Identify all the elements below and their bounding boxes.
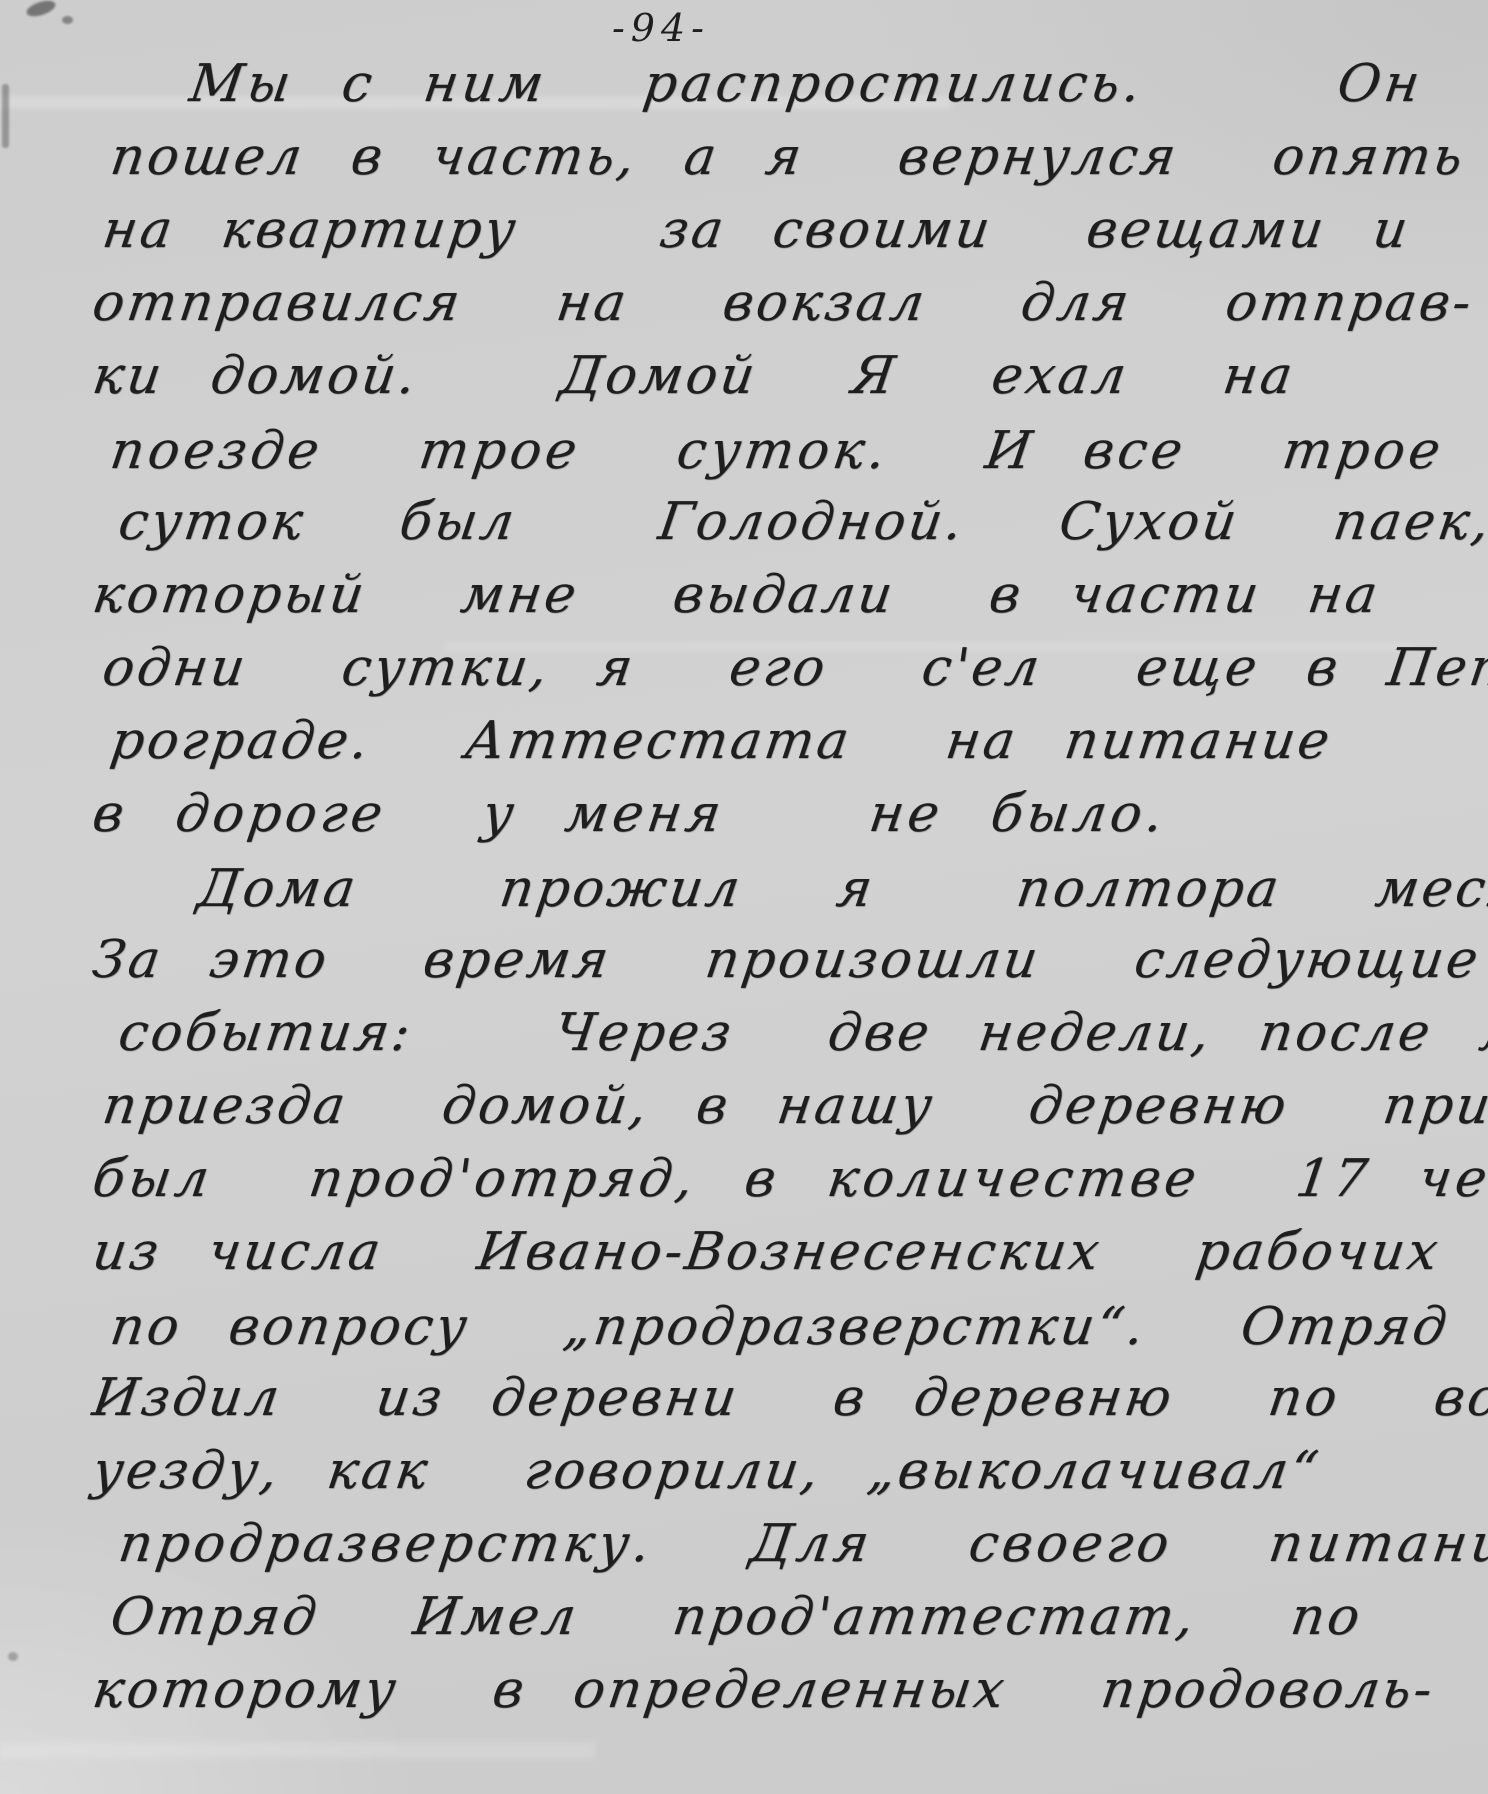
- scan-speck: [8, 1652, 18, 1661]
- scan-streak: [0, 1742, 595, 1758]
- manuscript-line: в дороге у меня не было.: [88, 778, 1482, 851]
- manuscript-text: Мы с ним распростились. Он пошел в часть…: [88, 48, 1472, 1727]
- manuscript-line: За это время произошли следующие: [88, 924, 1482, 997]
- manuscript-line: пошел в часть, а я вернулся опять: [106, 121, 1482, 194]
- manuscript-line: Издил из деревни в деревню по всему: [88, 1362, 1482, 1435]
- manuscript-line: приезда домой, в нашу деревню при-: [98, 1070, 1482, 1143]
- manuscript-line: отправился на вокзал для отправ-: [88, 267, 1482, 340]
- manuscript-line: на квартиру за своими вещами и: [98, 194, 1482, 267]
- manuscript-line: по вопросу „продразверстки“. Отряд: [106, 1291, 1482, 1364]
- manuscript-line: суток был Голодной. Сухой паек,: [114, 486, 1482, 559]
- manuscript-line: поезде трое суток. И все трое: [106, 415, 1482, 488]
- manuscript-line: ки домой. Домой Я ехал на: [88, 340, 1482, 413]
- scan-speck: [25, 0, 58, 19]
- scan-speck: [62, 16, 73, 24]
- manuscript-line: одни сутки, я его с'ел еще в Пет-: [98, 632, 1482, 705]
- manuscript-line: Дома прожил я полтора месяца.: [98, 853, 1482, 926]
- manuscript-line: которому в определенных продоволь-: [88, 1654, 1482, 1727]
- manuscript-line: уезду, как говорили, „выколачивал“: [88, 1435, 1482, 1508]
- manuscript-line: который мне выдали в части на: [88, 559, 1482, 632]
- manuscript-line: события: Через две недели, после моего: [114, 997, 1482, 1070]
- manuscript-line: продразверстку. Для своего питания,: [114, 1508, 1482, 1581]
- manuscript-line: из числа Ивано-Вознесенских рабочих: [88, 1216, 1482, 1289]
- manuscript-line: был прод'отряд, в количестве 17 чел: [88, 1143, 1482, 1216]
- page-number: -94-: [556, 6, 766, 50]
- manuscript-line: Отряд Имел прод'аттестат, по: [106, 1581, 1482, 1654]
- manuscript-page: -94- Мы с ним распростились. Он пошел в …: [0, 0, 1488, 1794]
- manuscript-line: рограде. Аттестата на питание: [106, 705, 1482, 778]
- manuscript-line: Мы с ним распростились. Он: [88, 48, 1482, 121]
- scan-speck: [2, 84, 9, 148]
